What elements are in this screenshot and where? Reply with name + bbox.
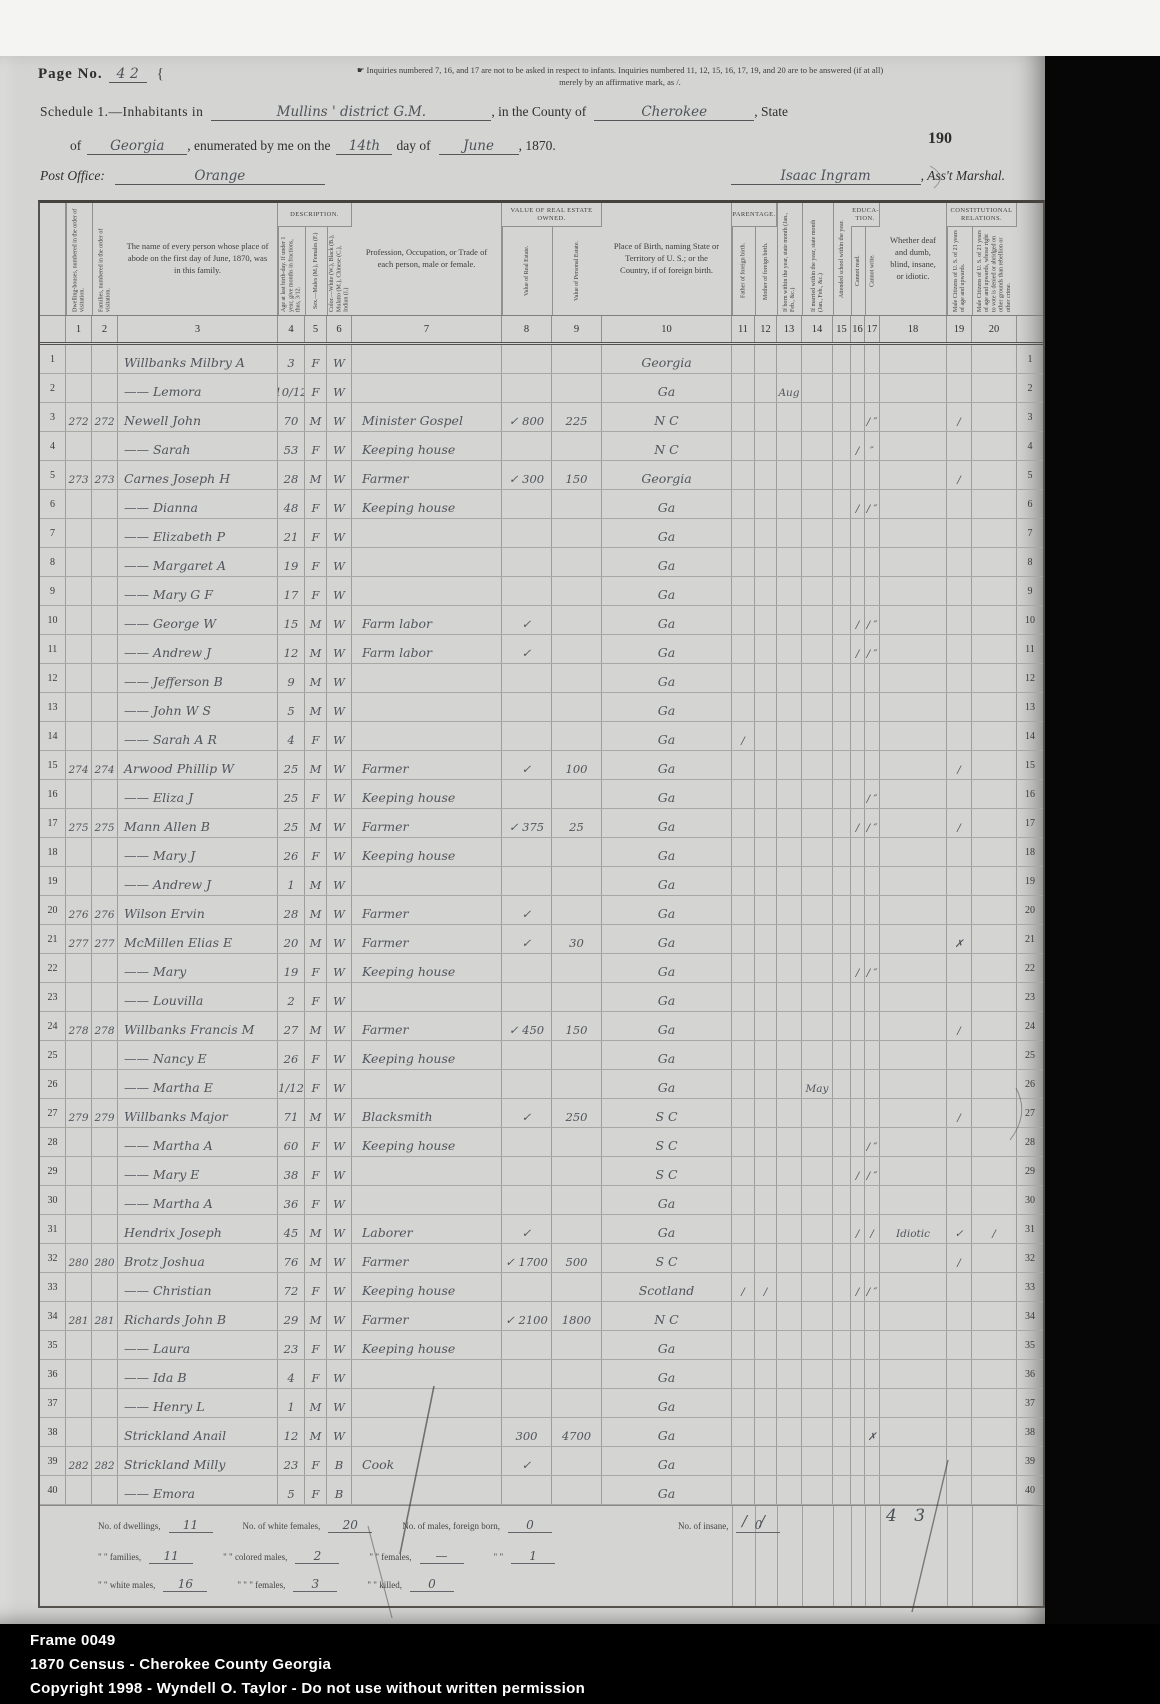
cell-occupation xyxy=(352,693,502,721)
line-number-left: 2 xyxy=(40,374,66,402)
cell-attended-school xyxy=(833,577,851,605)
census-row: 34 281 281 Richards John B 29 M W Farmer… xyxy=(40,1302,1043,1331)
page-no-label: Page No. xyxy=(38,66,103,83)
cell-family-no xyxy=(92,1215,118,1243)
cell-male-citizen xyxy=(947,896,972,924)
cell-occupation: Keeping house xyxy=(352,1273,502,1301)
cell-deaf-dumb xyxy=(880,1099,947,1127)
cell-mother-foreign xyxy=(755,1476,777,1504)
cell-married-month xyxy=(802,1099,833,1127)
cell-married-month xyxy=(802,722,833,750)
header-father-foreign: Father of foreign birth. xyxy=(732,227,755,315)
cell-family-no: 278 xyxy=(92,1012,118,1040)
cell-attended-school xyxy=(833,1186,851,1214)
cell-cannot-write xyxy=(865,1447,880,1475)
column-number-18: 18 xyxy=(880,316,947,342)
cell-family-no xyxy=(92,867,118,895)
cell-born-month xyxy=(777,1476,802,1504)
line-number-right: 13 xyxy=(1017,693,1043,721)
cell-male-citizen xyxy=(947,548,972,576)
cell-sex: M xyxy=(305,751,327,779)
cell-married-month xyxy=(802,664,833,692)
cell-personal-estate xyxy=(552,1447,602,1475)
brace-glyph: { xyxy=(157,66,164,83)
cell-age: 38 xyxy=(278,1157,305,1185)
cell-male-citizen xyxy=(947,490,972,518)
cell-cannot-write: / xyxy=(865,1215,880,1243)
cell-cannot-read: / xyxy=(851,809,865,837)
cell-real-estate xyxy=(502,577,552,605)
cell-dwelling-no xyxy=(66,1041,92,1069)
cell-age: 70 xyxy=(278,403,305,431)
cell-name: —— Henry L xyxy=(118,1389,278,1417)
cell-citizen-denied xyxy=(972,925,1017,953)
cell-dwelling-no xyxy=(66,867,92,895)
cell-age: 15 xyxy=(278,606,305,634)
cell-cannot-write: / ″ xyxy=(865,490,880,518)
cell-father-foreign xyxy=(732,1476,755,1504)
cell-personal-estate xyxy=(552,548,602,576)
summary-value: — xyxy=(420,1549,464,1564)
cell-cannot-read xyxy=(851,1476,865,1504)
column-number-15: 15 xyxy=(833,316,851,342)
cell-mother-foreign xyxy=(755,693,777,721)
line-number-left: 14 xyxy=(40,722,66,750)
cell-sex: M xyxy=(305,867,327,895)
cell-name: —— Andrew J xyxy=(118,867,278,895)
cell-mother-foreign xyxy=(755,1360,777,1388)
cell-real-estate xyxy=(502,693,552,721)
cell-mother-foreign xyxy=(755,345,777,373)
cell-father-foreign xyxy=(732,983,755,1011)
cell-sex: F xyxy=(305,1447,327,1475)
cell-male-citizen xyxy=(947,693,972,721)
cell-color: W xyxy=(327,1186,352,1214)
cell-family-no xyxy=(92,635,118,663)
line-number-right: 31 xyxy=(1017,1215,1043,1243)
cell-real-estate: ✓ xyxy=(502,1447,552,1475)
cell-cannot-write: / ″ xyxy=(865,1273,880,1301)
cell-attended-school xyxy=(833,345,851,373)
cell-sex: F xyxy=(305,1186,327,1214)
cell-born-month xyxy=(777,751,802,779)
cell-deaf-dumb xyxy=(880,1041,947,1069)
cell-born-month xyxy=(777,1360,802,1388)
cell-deaf-dumb xyxy=(880,1157,947,1185)
footer-copyright: Copyright 1998 - Wyndell O. Taylor - Do … xyxy=(30,1680,585,1697)
cell-birthplace: Ga xyxy=(602,1070,732,1098)
cell-citizen-denied xyxy=(972,345,1017,373)
cell-mother-foreign xyxy=(755,461,777,489)
cell-born-month xyxy=(777,1389,802,1417)
cell-family-no: 277 xyxy=(92,925,118,953)
line-number-right: 40 xyxy=(1017,1476,1043,1504)
cell-attended-school xyxy=(833,925,851,953)
column-number-19: 19 xyxy=(947,316,972,342)
cell-mother-foreign xyxy=(755,635,777,663)
line-number-right: 4 xyxy=(1017,432,1043,460)
cell-married-month xyxy=(802,1447,833,1475)
column-number-2: 2 xyxy=(92,316,118,342)
cell-attended-school xyxy=(833,896,851,924)
cell-sex: F xyxy=(305,432,327,460)
cell-cannot-write xyxy=(865,925,880,953)
cell-age: 2 xyxy=(278,983,305,1011)
cell-male-citizen xyxy=(947,1302,972,1330)
cell-born-month xyxy=(777,664,802,692)
census-row: 15 274 274 Arwood Phillip W 25 M W Farme… xyxy=(40,751,1043,780)
cell-occupation: Keeping house xyxy=(352,490,502,518)
header-families: Families, numbered in the order of visit… xyxy=(92,203,118,315)
cell-birthplace: Ga xyxy=(602,693,732,721)
cell-personal-estate: 30 xyxy=(552,925,602,953)
line-number-left: 25 xyxy=(40,1041,66,1069)
cell-name: —— Elizabeth P xyxy=(118,519,278,547)
cell-occupation xyxy=(352,1360,502,1388)
cell-birthplace: Scotland xyxy=(602,1273,732,1301)
cell-personal-estate xyxy=(552,954,602,982)
cell-father-foreign xyxy=(732,1157,755,1185)
cell-male-citizen xyxy=(947,374,972,402)
inquiries-note-line1: ☛ Inquiries numbered 7, 16, and 17 are n… xyxy=(225,64,1015,76)
header-personal-estate: Value of Personal Estate. xyxy=(552,227,602,315)
cell-name: —— Mary E xyxy=(118,1157,278,1185)
summary-label: " " " females, xyxy=(237,1580,285,1590)
cell-mother-foreign xyxy=(755,867,777,895)
cell-color: W xyxy=(327,983,352,1011)
cell-family-no xyxy=(92,1331,118,1359)
cell-deaf-dumb xyxy=(880,1302,947,1330)
cell-personal-estate xyxy=(552,896,602,924)
schedule-prefix: Schedule 1.—Inhabitants in xyxy=(40,104,203,120)
cell-sex: F xyxy=(305,1273,327,1301)
cell-cannot-write xyxy=(865,519,880,547)
cell-married-month xyxy=(802,809,833,837)
cell-occupation: Keeping house xyxy=(352,838,502,866)
cell-deaf-dumb xyxy=(880,1476,947,1504)
summary-item: No. of dwellings,11 xyxy=(98,1518,213,1533)
line-number-right: 17 xyxy=(1017,809,1043,837)
cell-cannot-read xyxy=(851,867,865,895)
cell-citizen-denied xyxy=(972,751,1017,779)
cell-mother-foreign xyxy=(755,374,777,402)
cell-born-month xyxy=(777,606,802,634)
cell-cannot-read xyxy=(851,780,865,808)
county-label: , in the County of xyxy=(491,104,586,120)
cell-real-estate: ✓ xyxy=(502,606,552,634)
cell-deaf-dumb xyxy=(880,1418,947,1446)
cell-name: —— Mary xyxy=(118,954,278,982)
cell-personal-estate xyxy=(552,1041,602,1069)
cell-personal-estate: 150 xyxy=(552,461,602,489)
cell-citizen-denied xyxy=(972,722,1017,750)
cell-male-citizen: / xyxy=(947,1012,972,1040)
cell-attended-school xyxy=(833,1476,851,1504)
census-row: 40 —— Emora 5 F B Ga 40 xyxy=(40,1476,1043,1505)
cell-male-citizen: / xyxy=(947,1244,972,1272)
cell-dwelling-no: 280 xyxy=(66,1244,92,1272)
cell-father-foreign xyxy=(732,548,755,576)
line-number-left: 32 xyxy=(40,1244,66,1272)
cell-attended-school xyxy=(833,519,851,547)
cell-age: 27 xyxy=(278,1012,305,1040)
cell-mother-foreign xyxy=(755,1215,777,1243)
census-row: 17 275 275 Mann Allen B 25 M W Farmer ✓ … xyxy=(40,809,1043,838)
cell-male-citizen xyxy=(947,635,972,663)
column-number-gutter xyxy=(40,316,66,342)
cell-married-month xyxy=(802,693,833,721)
cell-family-no xyxy=(92,1128,118,1156)
cell-father-foreign xyxy=(732,693,755,721)
census-row: 32 280 280 Brotz Joshua 76 M W Farmer ✓ … xyxy=(40,1244,1043,1273)
cell-mother-foreign xyxy=(755,838,777,866)
cell-personal-estate xyxy=(552,838,602,866)
cell-cannot-write: / ″ xyxy=(865,1157,880,1185)
cell-family-no xyxy=(92,1418,118,1446)
cell-birthplace: Georgia xyxy=(602,461,732,489)
cell-color: W xyxy=(327,954,352,982)
cell-citizen-denied xyxy=(972,1128,1017,1156)
cell-dwelling-no xyxy=(66,635,92,663)
cell-mother-foreign xyxy=(755,432,777,460)
cell-male-citizen: / xyxy=(947,1099,972,1127)
summary-item: No. of white females,20 xyxy=(243,1518,373,1533)
cell-deaf-dumb xyxy=(880,577,947,605)
cell-father-foreign xyxy=(732,1099,755,1127)
cell-dwelling-no xyxy=(66,722,92,750)
cell-deaf-dumb xyxy=(880,345,947,373)
cell-cannot-write: / ″ xyxy=(865,403,880,431)
column-number-7: 7 xyxy=(352,316,502,342)
summary-label: " " families, xyxy=(98,1552,141,1562)
post-office-label: Post Office: xyxy=(40,168,105,184)
scan-right-band xyxy=(1045,56,1160,1704)
cell-citizen-denied xyxy=(972,461,1017,489)
line-number-left: 8 xyxy=(40,548,66,576)
cell-sex: M xyxy=(305,461,327,489)
cell-born-month xyxy=(777,722,802,750)
cell-family-no: 275 xyxy=(92,809,118,837)
cell-name: —— Ida B xyxy=(118,1360,278,1388)
cell-sex: F xyxy=(305,1331,327,1359)
cell-occupation: Keeping house xyxy=(352,432,502,460)
cell-citizen-denied xyxy=(972,1302,1017,1330)
cell-cannot-read xyxy=(851,983,865,1011)
cell-father-foreign xyxy=(732,1012,755,1040)
cell-age: 12 xyxy=(278,635,305,663)
cell-sex: M xyxy=(305,1215,327,1243)
header-group-value: Value of Real Estate owned. xyxy=(502,203,602,227)
cell-birthplace: S C xyxy=(602,1244,732,1272)
cell-cannot-read xyxy=(851,1360,865,1388)
cell-born-month xyxy=(777,1331,802,1359)
cell-age: 1 xyxy=(278,867,305,895)
cell-mother-foreign xyxy=(755,1302,777,1330)
cell-born-month xyxy=(777,1012,802,1040)
cell-deaf-dumb xyxy=(880,403,947,431)
cell-birthplace: Ga xyxy=(602,1418,732,1446)
cell-color: W xyxy=(327,1331,352,1359)
cell-deaf-dumb xyxy=(880,1389,947,1417)
cell-father-foreign xyxy=(732,635,755,663)
cell-married-month xyxy=(802,954,833,982)
cell-family-no xyxy=(92,490,118,518)
cell-citizen-denied xyxy=(972,1012,1017,1040)
summary-item: " " white males,16 xyxy=(98,1577,207,1592)
cell-dwelling-no xyxy=(66,577,92,605)
cell-family-no xyxy=(92,780,118,808)
cell-personal-estate: 1800 xyxy=(552,1302,602,1330)
cell-cannot-read xyxy=(851,403,865,431)
cell-mother-foreign xyxy=(755,606,777,634)
cell-born-month xyxy=(777,1418,802,1446)
cell-born-month xyxy=(777,809,802,837)
line-number-right: 16 xyxy=(1017,780,1043,808)
cell-family-no xyxy=(92,838,118,866)
line-number-left: 10 xyxy=(40,606,66,634)
cell-occupation: Farmer xyxy=(352,461,502,489)
schedule-line: Schedule 1.—Inhabitants in Mullins ' dis… xyxy=(40,104,1030,121)
census-row: 13 —— John W S 5 M W Ga 13 xyxy=(40,693,1043,722)
cell-deaf-dumb xyxy=(880,1128,947,1156)
cell-sex: M xyxy=(305,1099,327,1127)
cell-cannot-write: / ″ xyxy=(865,954,880,982)
line-number-left: 21 xyxy=(40,925,66,953)
cell-father-foreign: / xyxy=(732,722,755,750)
line-number-left: 24 xyxy=(40,1012,66,1040)
cell-age: 9 xyxy=(278,664,305,692)
cell-name: —— Mary J xyxy=(118,838,278,866)
cell-father-foreign xyxy=(732,606,755,634)
cell-personal-estate xyxy=(552,1157,602,1185)
cell-cannot-read xyxy=(851,519,865,547)
cell-personal-estate xyxy=(552,867,602,895)
census-row: 24 278 278 Willbanks Francis M 27 M W Fa… xyxy=(40,1012,1043,1041)
summary-label: " " colored males, xyxy=(223,1552,287,1562)
cell-cannot-write: / ″ xyxy=(865,1128,880,1156)
page-no-value: 4 2 xyxy=(109,66,147,83)
cell-age: 4 xyxy=(278,1360,305,1388)
cell-personal-estate xyxy=(552,722,602,750)
cell-male-citizen xyxy=(947,1070,972,1098)
cell-age: 36 xyxy=(278,1186,305,1214)
cell-attended-school xyxy=(833,1389,851,1417)
cell-real-estate: ✓ 1700 xyxy=(502,1244,552,1272)
cell-real-estate xyxy=(502,780,552,808)
cell-deaf-dumb xyxy=(880,1012,947,1040)
cell-color: W xyxy=(327,519,352,547)
census-row: 23 —— Louvilla 2 F W Ga 23 xyxy=(40,983,1043,1012)
marshal-name: Isaac Ingram xyxy=(731,168,921,185)
cell-deaf-dumb xyxy=(880,1070,947,1098)
cell-personal-estate xyxy=(552,693,602,721)
cell-attended-school xyxy=(833,1215,851,1243)
summary-item: " " killed,0 xyxy=(367,1577,454,1592)
cell-dwelling-no: 272 xyxy=(66,403,92,431)
line-number-right: 30 xyxy=(1017,1186,1043,1214)
cell-cannot-read xyxy=(851,664,865,692)
cell-father-foreign xyxy=(732,751,755,779)
cell-born-month xyxy=(777,1157,802,1185)
cell-name: Strickland Milly xyxy=(118,1447,278,1475)
cell-deaf-dumb xyxy=(880,983,947,1011)
cell-male-citizen: / xyxy=(947,751,972,779)
cell-occupation xyxy=(352,867,502,895)
cell-occupation: Farmer xyxy=(352,896,502,924)
cell-birthplace: Ga xyxy=(602,954,732,982)
cell-married-month xyxy=(802,577,833,605)
cell-citizen-denied xyxy=(972,490,1017,518)
cell-dwelling-no xyxy=(66,838,92,866)
cell-cannot-read xyxy=(851,461,865,489)
cell-real-estate: ✓ xyxy=(502,751,552,779)
cell-sex: M xyxy=(305,1418,327,1446)
cell-male-citizen xyxy=(947,577,972,605)
cell-age: 21 xyxy=(278,519,305,547)
cell-personal-estate xyxy=(552,1186,602,1214)
cell-married-month xyxy=(802,1041,833,1069)
cell-married-month xyxy=(802,1128,833,1156)
header-deaf-dumb: Whether deaf and dumb, blind, insane, or… xyxy=(880,203,947,315)
cell-birthplace: S C xyxy=(602,1128,732,1156)
cell-born-month xyxy=(777,896,802,924)
cell-male-citizen xyxy=(947,1128,972,1156)
line-number-right: 14 xyxy=(1017,722,1043,750)
census-row: 16 —— Eliza J 25 F W Keeping house Ga / … xyxy=(40,780,1043,809)
line-number-right: 19 xyxy=(1017,867,1043,895)
cell-real-estate xyxy=(502,1360,552,1388)
cell-cannot-write xyxy=(865,374,880,402)
column-number-13: 13 xyxy=(777,316,802,342)
state-line: of Georgia , enumerated by me on the 14t… xyxy=(70,138,970,155)
cell-birthplace: Ga xyxy=(602,1360,732,1388)
cell-mother-foreign xyxy=(755,1128,777,1156)
cell-mother-foreign xyxy=(755,664,777,692)
cell-color: W xyxy=(327,693,352,721)
column-number-row: 1234567891011121314151617181920 xyxy=(40,316,1043,345)
line-number-right: 1 xyxy=(1017,345,1043,373)
cell-father-foreign xyxy=(732,1070,755,1098)
cell-birthplace: N C xyxy=(602,403,732,431)
cell-dwelling-no: 277 xyxy=(66,925,92,953)
cell-father-foreign xyxy=(732,1360,755,1388)
cell-name: —— Jefferson B xyxy=(118,664,278,692)
cell-dwelling-no xyxy=(66,548,92,576)
cell-deaf-dumb xyxy=(880,1273,947,1301)
census-row: 11 —— Andrew J 12 M W Farm labor ✓ Ga / … xyxy=(40,635,1043,664)
header-sex: Sex.—Males (M.), Females (F.) xyxy=(305,227,327,315)
cell-cannot-read: / xyxy=(851,432,865,460)
cell-color: W xyxy=(327,751,352,779)
cell-color: W xyxy=(327,1244,352,1272)
cell-birthplace: N C xyxy=(602,1302,732,1330)
cell-father-foreign xyxy=(732,925,755,953)
cell-age: 17 xyxy=(278,577,305,605)
cell-mother-foreign: / xyxy=(755,1273,777,1301)
cell-father-foreign xyxy=(732,519,755,547)
header-occupation: Profession, Occupation, or Trade of each… xyxy=(352,203,502,315)
census-row: 2 —— Lemora 10/12 F W Ga Aug 2 xyxy=(40,374,1043,403)
summary-item: No. of males, foreign born,0 xyxy=(402,1518,552,1533)
cell-father-foreign xyxy=(732,403,755,431)
cell-color: W xyxy=(327,432,352,460)
cell-father-foreign xyxy=(732,809,755,837)
cell-family-no xyxy=(92,374,118,402)
year-suffix: , 1870. xyxy=(519,138,556,154)
cell-father-foreign xyxy=(732,577,755,605)
line-number-right: 23 xyxy=(1017,983,1043,1011)
cell-born-month xyxy=(777,577,802,605)
